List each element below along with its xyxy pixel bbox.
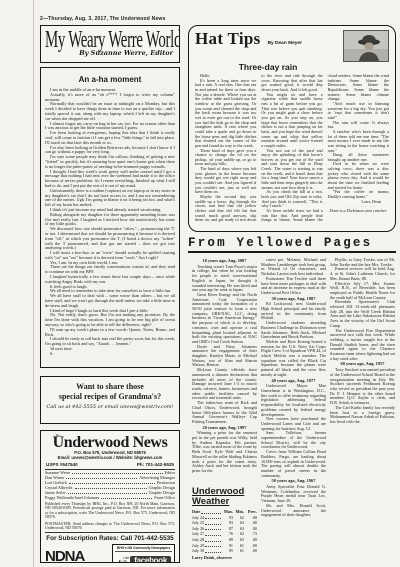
paragraph: Unfortunately, there is a cutline (capti… — [45, 189, 175, 208]
dean-meyer-photo — [343, 30, 389, 62]
paragraph: Great River Energy and the North America… — [192, 293, 257, 345]
leader-dots — [201, 513, 221, 514]
masthead-phone: Ph: 701-442-5525 — [137, 462, 174, 468]
subscription-rates-line: For Subscription Rates: Call 701-442-553… — [45, 532, 175, 542]
hat-tips-article-body: Hello,It's been a long time since we had… — [195, 74, 389, 226]
paragraph: I thought I had this week's work pretty … — [45, 170, 175, 189]
page-edge-line — [33, 0, 34, 567]
weary-article-box: An a-ha moment I am in the middle of an … — [40, 67, 180, 368]
weather-title: Underwood Weather — [192, 487, 257, 507]
tagline: Dean is a Dickinson area rancher. — [328, 209, 389, 214]
paragraph: I'm sure some people may think I'm callo… — [45, 155, 175, 169]
leader-dots — [205, 518, 221, 519]
hat-tips-box: Hat Tips By Dean Meyer Three-day rain He… — [188, 25, 396, 232]
masthead-usps-phone-row: USPS #647540 Ph: 701-442-5525 — [45, 462, 175, 470]
newspaper-page: 2—Thursday, Aug. 3, 2017, The Underwood … — [0, 0, 400, 567]
ndna-acronym: NDNA — [45, 550, 108, 563]
decade-heading: 10 years ago, Aug. 2007 — [192, 259, 257, 264]
weather-min: 61 — [233, 548, 244, 554]
leader-dots — [205, 552, 221, 553]
paragraph: Postmaster Tim Tescher said there have b… — [261, 277, 326, 296]
leader-dots — [68, 493, 147, 494]
paragraph: The Carl Karbo family has recently been … — [330, 406, 395, 425]
hat-tips-header: Hat Tips By Dean Meyer — [195, 30, 389, 62]
leader-dots — [205, 524, 221, 525]
paragraph: Mr. and Mrs. Donald Scott, Underwood, an… — [261, 504, 326, 518]
paragraph: Used to be when we were calving cows, th… — [328, 162, 389, 190]
paragraph: "Ain't much use in blaming someone for a… — [328, 102, 389, 121]
weary-column-title-text: My Weary Werre World — [45, 28, 180, 52]
paragraph: You trot out of the yard and enjoy the s… — [261, 149, 322, 191]
weather-date: July 30 — [192, 548, 204, 554]
leader-dots — [101, 498, 152, 499]
leader-dots — [75, 488, 147, 489]
paragraph: cutest pet. Melanie, Michael and Matthew… — [261, 258, 326, 277]
weary-article-title: An a-ha moment — [45, 75, 175, 84]
paragraph: New owners have purchased the Underwood … — [261, 417, 326, 431]
paragraph: Sam Tollefson, former superintendent of … — [261, 431, 326, 450]
paragraph: Riding alongside my daughter for three a… — [45, 213, 175, 227]
paragraph: Doyle and Patsy Johannes announce the en… — [192, 345, 257, 369]
paragraph: The Underwood Fire Department answered t… — [330, 329, 395, 362]
paragraph: Those kind of days gave you a chance to … — [195, 149, 256, 168]
yellowed-pages-column-3: Phyllis, to Gary Torske, son of Mr. John… — [330, 258, 395, 564]
paragraph: It's been a long time since we had a rai… — [195, 79, 256, 149]
weather-row: July 309561.00 — [192, 548, 257, 554]
hat-tips-byline: By Dean Meyer — [268, 41, 302, 46]
recipe-share-ad: Want to share those special recipes of G… — [40, 376, 180, 424]
paragraph: We all have stuff to deal with – some wo… — [45, 294, 175, 308]
ad-line: Want to share those — [41, 382, 179, 392]
masthead-logos-row: NDNA NORTH DAKOTA NEWSPAPER ASSOCIATION … — [45, 544, 175, 563]
ndna-logo: NDNA NORTH DAKOTA NEWSPAPER ASSOCIATION — [45, 550, 108, 563]
yellowed-pages-column-2: cutest pet. Melanie, Michael and Matthew… — [261, 258, 326, 564]
hat-tips-article-title: Three-day rain — [195, 62, 341, 72]
weather-observer: Larry Dziuk, observer — [192, 555, 257, 561]
paragraph: We discussed how one should pronounce "o… — [45, 227, 175, 251]
weary-article-body: I am in the middle of an a-ha moment.Act… — [45, 88, 175, 357]
yellowed-pages-column-1: 10 years ago, Aug. 2007Teaching wasn't T… — [192, 258, 257, 486]
weather-max: 95 — [222, 548, 233, 554]
paragraph: Crews from William Collins Road Builders… — [261, 450, 326, 478]
paragraph: Army Specialist Four Donald G. Westman, … — [261, 485, 326, 504]
paragraph: Melvin and Rose Koenig hosted a reunion … — [261, 340, 326, 378]
paragraph: Riverdale Sportsmen's Club released 294 … — [330, 300, 395, 328]
paragraph: You might sit and have a cigarette while… — [261, 93, 322, 149]
masthead-postmaster: POSTMASTER: Send address changes to The … — [45, 522, 175, 531]
paragraph: Underwood students attending Business Ch… — [261, 321, 326, 340]
paragraph: The kind of days where you left your gla… — [195, 167, 256, 195]
weather-box: Underwood Weather Date Max. Min. Prec. J… — [192, 487, 257, 564]
paragraph: S. — [45, 352, 175, 357]
masthead-box: The Underwood News P.O. Box 575, Underwo… — [40, 430, 180, 563]
paragraph: I've been looking at evergreens, hoping … — [45, 131, 175, 145]
ad-line: special recipes of Grandma's? — [41, 392, 179, 402]
paragraph: Ed Lockwood, new Underwood High School p… — [261, 302, 326, 321]
staff-name: Peggy Wollmuth/Janel Johannes — [45, 495, 99, 500]
masthead-name: Underwood News — [45, 436, 175, 450]
paragraph: Funeral services will be held Aug. 4, at… — [330, 267, 395, 281]
paragraph: Underwood Mayor Mae Gunselman is in Wash… — [261, 384, 326, 417]
leader-dots — [205, 529, 221, 530]
weather-prec: .00 — [244, 548, 257, 554]
paragraph: Teaching wasn't Tom Pryor's major in col… — [192, 265, 257, 293]
paragraph: No. Not really, that's gross. But I'm no… — [45, 313, 175, 327]
paragraph: Tony Stockert was named president of the… — [330, 368, 395, 406]
facebook-badge-body: Like us on facebook — [115, 552, 172, 563]
paragraph: As you climb the hill at a trot, both yo… — [261, 190, 322, 209]
page-folio: 2—Thursday, Aug. 3, 2017, The Underwood … — [40, 16, 240, 22]
leader-dots — [69, 483, 155, 484]
facebook-badge: BHG's ND Community Newspapers Like us on… — [112, 544, 175, 563]
yellowed-pages-banner: From Yellowed Pages — [188, 236, 396, 253]
staff-role: Front Office — [154, 495, 175, 500]
facebook-logo: facebook — [130, 556, 171, 563]
ad-contact-line: Call us at 442-5555 or email unews@westr… — [41, 404, 179, 411]
hat-tips-title: Hat Tips — [195, 29, 261, 48]
weather-rows: July 249362.00July 258363.00July 268763.… — [192, 515, 257, 554]
thumbs-up-icon — [116, 553, 123, 563]
facebook-like-text: Like us on — [123, 557, 130, 563]
masthead-contact: Email: unews@westriv.com / Website: bhgn… — [45, 455, 175, 460]
weary-column-title: My Weary Werre World — [45, 28, 175, 52]
weary-column-header: My Weary Werre World By Suzanne Werre, E… — [40, 25, 180, 63]
leader-dots — [66, 478, 137, 479]
masthead-usps: USPS #647540 — [46, 462, 78, 468]
paragraph: The father/son team of Rick and Chad Ols… — [192, 401, 257, 425]
masthead-legal: Published every Thursday by BHG, Inc., P… — [45, 502, 175, 520]
leader-dots — [205, 541, 221, 542]
paragraph: McLean County officials have announced a… — [192, 368, 257, 401]
leader-dots — [72, 473, 162, 474]
leader-dots — [205, 546, 221, 547]
leader-dots — [205, 535, 221, 536]
paragraph: Winning a prize for the smartest pet in … — [192, 431, 257, 473]
masthead-staff-list: Suzanne WerreEditorDan WinterAdvertising… — [45, 470, 175, 500]
staff-row: Peggy Wollmuth/Janel JohannesFront Offic… — [45, 495, 175, 500]
paragraph: Effective July 17, Mrs. Jeanne Wolf, R.N… — [330, 282, 395, 301]
paragraph: Normally that wouldn't be an issue at mi… — [45, 102, 175, 121]
paragraph: A rancher who's been through a lot of th… — [328, 130, 389, 153]
